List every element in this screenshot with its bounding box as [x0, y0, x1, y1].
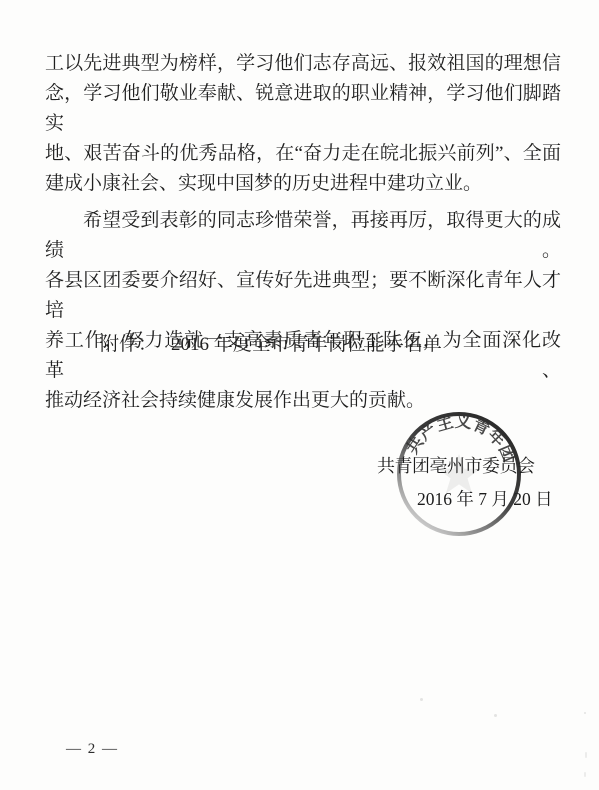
- scan-speck: [584, 772, 586, 777]
- paragraph-1-line-2: 念，学习他们敬业奉献、锐意进取的职业精神，学习他们脚踏实: [45, 79, 561, 139]
- paragraph-1-line-1: 工以先进典型为榜样，学习他们志存高远、报效祖国的理想信: [45, 49, 561, 79]
- scan-speck: [584, 712, 586, 714]
- scan-speck: [585, 752, 587, 758]
- document-page: 工以先进典型为榜样，学习他们志存高远、报效祖国的理想信 念，学习他们敬业奉献、锐…: [0, 0, 599, 790]
- paragraph-2-line-4: 推动经济社会持续健康发展作出更大的贡献。: [45, 386, 561, 416]
- body-text: 工以先进典型为榜样，学习他们志存高远、报效祖国的理想信 念，学习他们敬业奉献、锐…: [45, 49, 561, 416]
- attachment-line: 附件： 2016 年度全市青年岗位能手名单: [100, 334, 442, 356]
- attachment-label: 附件：: [100, 334, 157, 356]
- scan-speck: [420, 698, 423, 701]
- attachment-title: 2016 年度全市青年岗位能手名单: [171, 334, 442, 356]
- paragraph-2-line-2: 各县区团委要介绍好、宣传好先进典型；要不断深化青年人才培: [45, 266, 561, 326]
- official-seal-stamp: 共产主义青年团: [385, 398, 541, 563]
- signature-organization: 共青团亳州市委员会: [377, 456, 535, 477]
- paragraph-1-line-4: 建成小康社会、实现中国梦的历史进程中建功立业。: [45, 169, 561, 199]
- paragraph-2-line-1: 希望受到表彰的同志珍惜荣誉，再接再厉，取得更大的成绩。: [45, 206, 561, 266]
- signature-date: 2016 年 7 月 20 日: [417, 489, 553, 510]
- paragraph-1-line-3: 地、艰苦奋斗的优秀品格，在“奋力走在皖北振兴前列”、全面: [45, 139, 561, 169]
- paragraph-1: 工以先进典型为榜样，学习他们志存高远、报效祖国的理想信 念，学习他们敬业奉献、锐…: [45, 49, 561, 199]
- page-number: — 2 —: [66, 741, 119, 758]
- paragraph-2: 希望受到表彰的同志珍惜荣誉，再接再厉，取得更大的成绩。 各县区团委要介绍好、宣传…: [45, 206, 561, 416]
- scan-speck: [494, 714, 497, 717]
